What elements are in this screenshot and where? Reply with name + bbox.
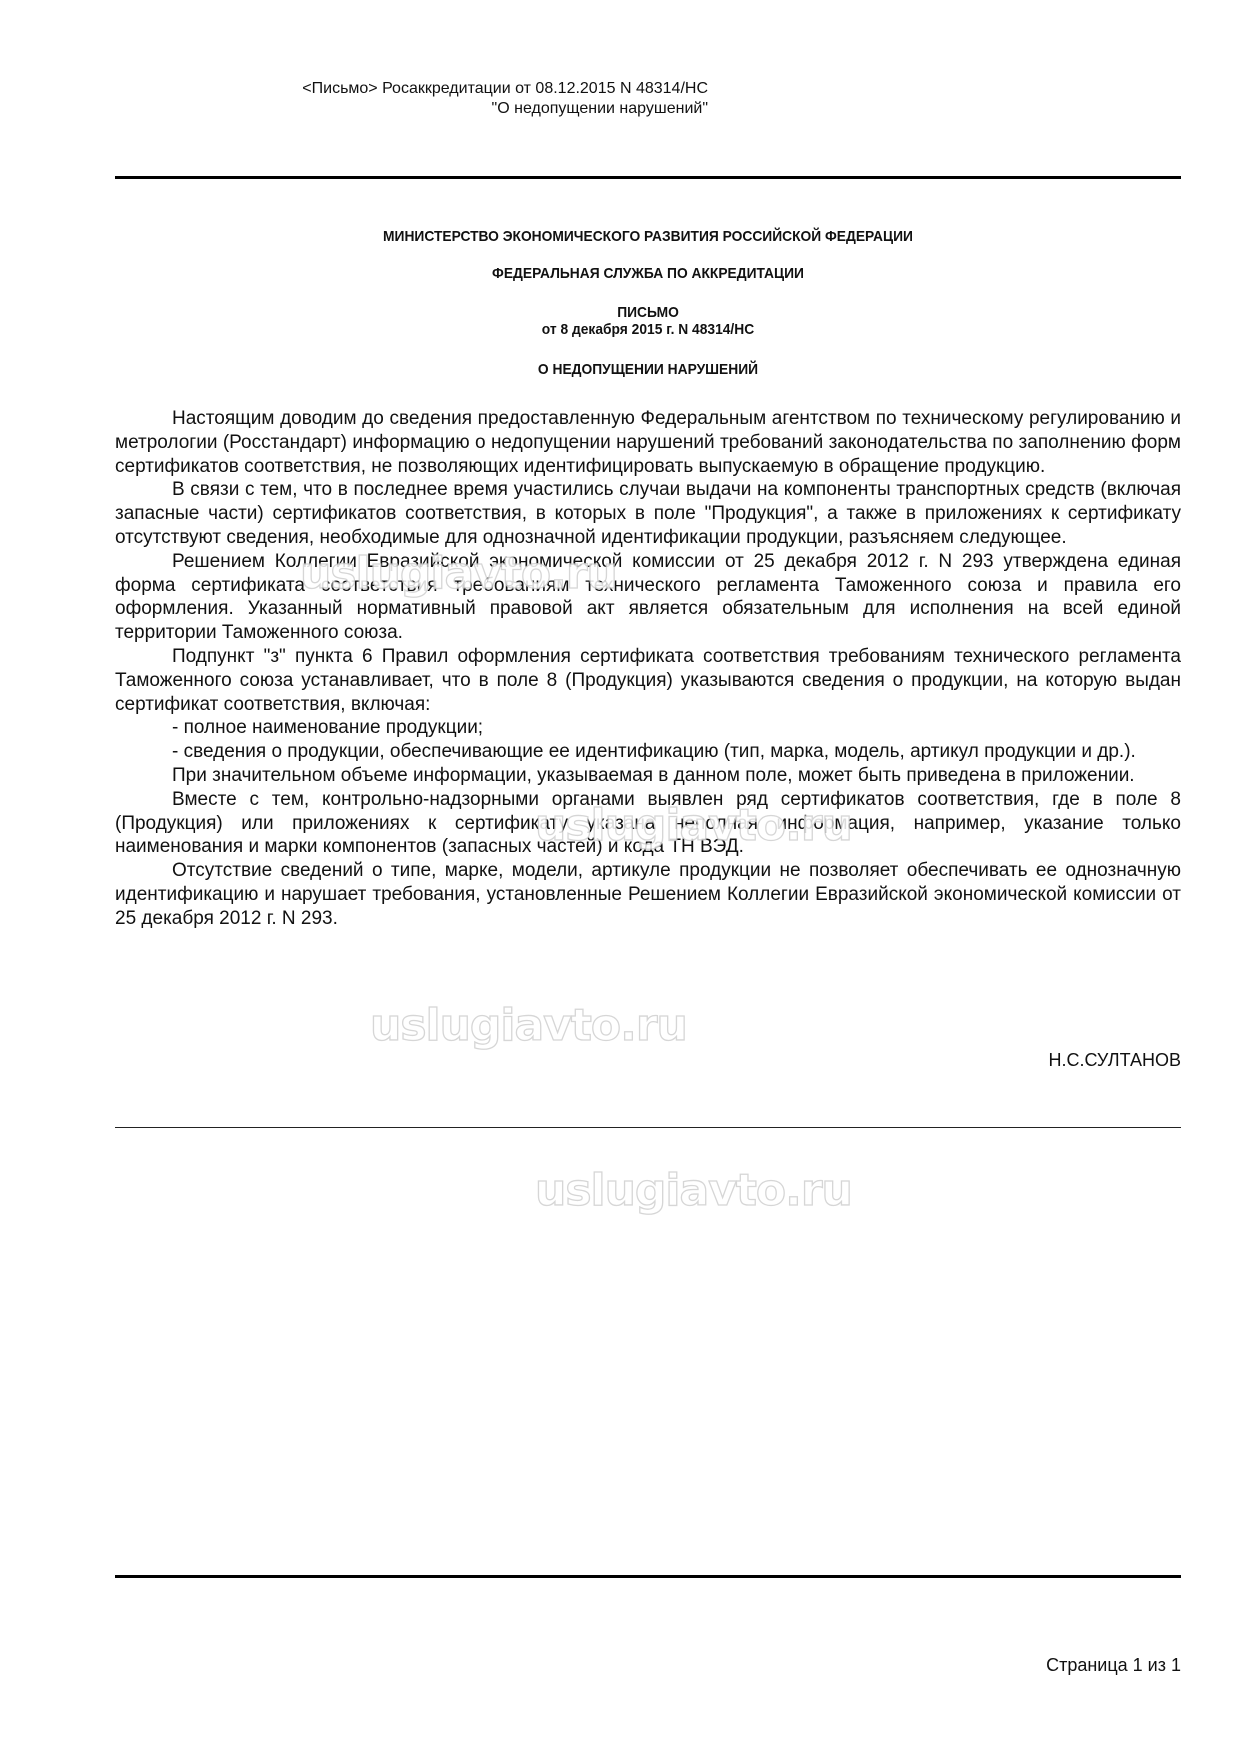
letter-body: Настоящим доводим до сведения предоставл… — [115, 407, 1181, 931]
ministry-heading: МИНИСТЕРСТВО ЭКОНОМИЧЕСКОГО РАЗВИТИЯ РОС… — [158, 228, 1139, 246]
paragraph: В связи с тем, что в последнее время уча… — [115, 478, 1181, 549]
paragraph: Настоящим доводим до сведения предоставл… — [115, 407, 1181, 478]
signature-divider — [115, 1127, 1181, 1128]
header-note-line2: "О недопущении нарушений" — [250, 99, 708, 119]
document-type: ПИСЬМО — [158, 304, 1139, 322]
document-subject: О НЕДОПУЩЕНИИ НАРУШЕНИЙ — [158, 361, 1139, 379]
service-heading: ФЕДЕРАЛЬНАЯ СЛУЖБА ПО АККРЕДИТАЦИИ — [158, 265, 1139, 283]
paragraph: Подпункт "з" пункта 6 Правил оформления … — [115, 645, 1181, 716]
list-item: - сведения о продукции, обеспечивающие е… — [115, 740, 1181, 764]
watermark: uslugiavto.ru — [535, 1165, 852, 1216]
top-divider — [115, 176, 1181, 179]
paragraph: При значительном объеме информации, указ… — [115, 764, 1181, 788]
watermark: uslugiavto.ru — [370, 1000, 687, 1051]
document-date-number: от 8 декабря 2015 г. N 48314/НС — [158, 321, 1139, 339]
list-item: - полное наименование продукции; — [115, 716, 1181, 740]
page-indicator: Страница 1 из 1 — [1046, 1655, 1181, 1676]
footer-divider — [115, 1575, 1181, 1578]
paragraph: Решением Коллегии Евразийской экономичес… — [115, 550, 1181, 645]
header-note: <Письмо> Росаккредитации от 08.12.2015 N… — [250, 79, 708, 119]
paragraph: Отсутствие сведений о типе, марке, модел… — [115, 859, 1181, 930]
signatory-name: Н.С.СУЛТАНОВ — [1049, 1050, 1181, 1071]
paragraph: Вместе с тем, контрольно-надзорными орга… — [115, 788, 1181, 859]
header-note-line1: <Письмо> Росаккредитации от 08.12.2015 N… — [250, 79, 708, 99]
